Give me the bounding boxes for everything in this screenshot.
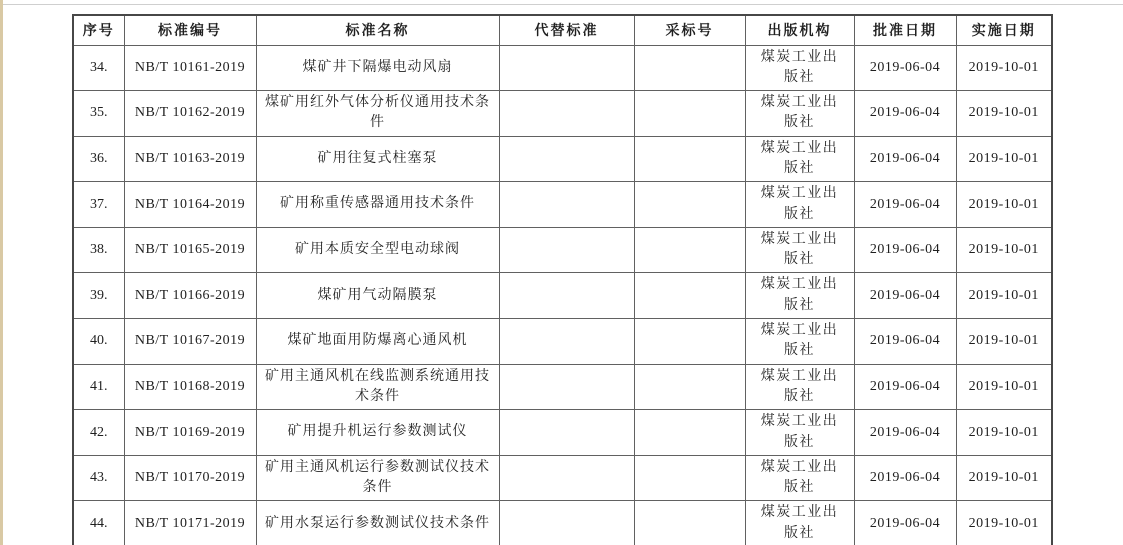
implementation-date-cell: 2019-10-01: [956, 455, 1052, 501]
standard-name-cell: 矿用提升机运行参数测试仪: [256, 410, 499, 456]
standard-name-cell: 矿用往复式柱塞泵: [256, 136, 499, 182]
column-header-replaced: 代替标准: [499, 15, 634, 45]
column-header-approved: 批准日期: [854, 15, 956, 45]
approval-date-cell: 2019-06-04: [854, 136, 956, 182]
publisher-text: 煤炭工业出版社: [756, 275, 844, 316]
adopted-number-cell: [634, 501, 745, 545]
approval-date-cell: 2019-06-04: [854, 410, 956, 456]
implementation-date-cell: 2019-10-01: [956, 319, 1052, 365]
publisher-text: 煤炭工业出版社: [756, 412, 844, 453]
approval-date-cell: 2019-06-04: [854, 501, 956, 545]
column-header-seq: 序号: [73, 15, 124, 45]
publisher-cell: 煤炭工业出版社: [745, 455, 854, 501]
publisher-text: 煤炭工业出版社: [756, 321, 844, 362]
table-row: 34. NB/T 10161-2019 煤矿井下隔爆电动风扇 煤炭工业出版社 2…: [73, 45, 1052, 91]
implementation-date-cell: 2019-10-01: [956, 273, 1052, 319]
publisher-text: 煤炭工业出版社: [756, 93, 844, 134]
implementation-date-cell: 2019-10-01: [956, 501, 1052, 545]
seq-cell: 35.: [73, 91, 124, 137]
publisher-text: 煤炭工业出版社: [756, 184, 844, 225]
adopted-number-cell: [634, 410, 745, 456]
publisher-cell: 煤炭工业出版社: [745, 410, 854, 456]
publisher-text: 煤炭工业出版社: [756, 48, 844, 89]
seq-cell: 36.: [73, 136, 124, 182]
publisher-text: 煤炭工业出版社: [756, 139, 844, 180]
standard-name-cell: 煤矿地面用防爆离心通风机: [256, 319, 499, 365]
replaced-standard-cell: [499, 455, 634, 501]
table-row: 36. NB/T 10163-2019 矿用往复式柱塞泵 煤炭工业出版社 201…: [73, 136, 1052, 182]
replaced-standard-cell: [499, 319, 634, 365]
table-row: 42. NB/T 10169-2019 矿用提升机运行参数测试仪 煤炭工业出版社…: [73, 410, 1052, 456]
adopted-number-cell: [634, 45, 745, 91]
implementation-date-cell: 2019-10-01: [956, 45, 1052, 91]
column-header-implemented: 实施日期: [956, 15, 1052, 45]
seq-cell: 40.: [73, 319, 124, 365]
standards-table-body: 34. NB/T 10161-2019 煤矿井下隔爆电动风扇 煤炭工业出版社 2…: [73, 45, 1052, 545]
standard-name-cell: 矿用主通风机在线监测系统通用技术条件: [256, 364, 499, 410]
seq-cell: 42.: [73, 410, 124, 456]
standards-table-container: 序号标准编号标准名称代替标准采标号出版机构批准日期实施日期 34. NB/T 1…: [72, 14, 1053, 545]
standards-table-head: 序号标准编号标准名称代替标准采标号出版机构批准日期实施日期: [73, 15, 1052, 45]
adopted-number-cell: [634, 455, 745, 501]
adopted-number-cell: [634, 273, 745, 319]
standard-name-cell: 矿用称重传感器通用技术条件: [256, 182, 499, 228]
adopted-number-cell: [634, 227, 745, 273]
header-row: 序号标准编号标准名称代替标准采标号出版机构批准日期实施日期: [73, 15, 1052, 45]
adopted-number-cell: [634, 91, 745, 137]
standard-code-cell: NB/T 10169-2019: [124, 410, 256, 456]
seq-cell: 37.: [73, 182, 124, 228]
publisher-cell: 煤炭工业出版社: [745, 182, 854, 228]
page-edge-strip: [0, 0, 3, 545]
column-header-code: 标准编号: [124, 15, 256, 45]
implementation-date-cell: 2019-10-01: [956, 182, 1052, 228]
implementation-date-cell: 2019-10-01: [956, 364, 1052, 410]
standard-code-cell: NB/T 10163-2019: [124, 136, 256, 182]
table-row: 37. NB/T 10164-2019 矿用称重传感器通用技术条件 煤炭工业出版…: [73, 182, 1052, 228]
publisher-text: 煤炭工业出版社: [756, 458, 844, 499]
standard-code-cell: NB/T 10171-2019: [124, 501, 256, 545]
publisher-text: 煤炭工业出版社: [756, 367, 844, 408]
adopted-number-cell: [634, 364, 745, 410]
publisher-text: 煤炭工业出版社: [756, 503, 844, 544]
approval-date-cell: 2019-06-04: [854, 182, 956, 228]
publisher-cell: 煤炭工业出版社: [745, 501, 854, 545]
approval-date-cell: 2019-06-04: [854, 227, 956, 273]
seq-cell: 41.: [73, 364, 124, 410]
replaced-standard-cell: [499, 136, 634, 182]
standard-name-cell: 矿用主通风机运行参数测试仪技术条件: [256, 455, 499, 501]
seq-cell: 43.: [73, 455, 124, 501]
adopted-number-cell: [634, 319, 745, 365]
standard-code-cell: NB/T 10165-2019: [124, 227, 256, 273]
publisher-cell: 煤炭工业出版社: [745, 273, 854, 319]
column-header-adopted: 采标号: [634, 15, 745, 45]
standard-code-cell: NB/T 10164-2019: [124, 182, 256, 228]
replaced-standard-cell: [499, 364, 634, 410]
replaced-standard-cell: [499, 273, 634, 319]
seq-cell: 38.: [73, 227, 124, 273]
standards-table: 序号标准编号标准名称代替标准采标号出版机构批准日期实施日期 34. NB/T 1…: [72, 14, 1053, 545]
seq-cell: 39.: [73, 273, 124, 319]
implementation-date-cell: 2019-10-01: [956, 91, 1052, 137]
implementation-date-cell: 2019-10-01: [956, 410, 1052, 456]
publisher-cell: 煤炭工业出版社: [745, 136, 854, 182]
implementation-date-cell: 2019-10-01: [956, 136, 1052, 182]
standard-name-cell: 矿用本质安全型电动球阀: [256, 227, 499, 273]
table-row: 44. NB/T 10171-2019 矿用水泵运行参数测试仪技术条件 煤炭工业…: [73, 501, 1052, 545]
approval-date-cell: 2019-06-04: [854, 273, 956, 319]
standard-name-cell: 煤矿井下隔爆电动风扇: [256, 45, 499, 91]
approval-date-cell: 2019-06-04: [854, 455, 956, 501]
table-row: 38. NB/T 10165-2019 矿用本质安全型电动球阀 煤炭工业出版社 …: [73, 227, 1052, 273]
table-row: 40. NB/T 10167-2019 煤矿地面用防爆离心通风机 煤炭工业出版社…: [73, 319, 1052, 365]
publisher-cell: 煤炭工业出版社: [745, 91, 854, 137]
standard-name-cell: 煤矿用红外气体分析仪通用技术条件: [256, 91, 499, 137]
standard-name-cell: 矿用水泵运行参数测试仪技术条件: [256, 501, 499, 545]
column-header-name: 标准名称: [256, 15, 499, 45]
approval-date-cell: 2019-06-04: [854, 319, 956, 365]
replaced-standard-cell: [499, 91, 634, 137]
document-page: 序号标准编号标准名称代替标准采标号出版机构批准日期实施日期 34. NB/T 1…: [0, 0, 1123, 545]
publisher-cell: 煤炭工业出版社: [745, 227, 854, 273]
publisher-cell: 煤炭工业出版社: [745, 319, 854, 365]
standard-code-cell: NB/T 10162-2019: [124, 91, 256, 137]
replaced-standard-cell: [499, 501, 634, 545]
approval-date-cell: 2019-06-04: [854, 364, 956, 410]
standard-code-cell: NB/T 10168-2019: [124, 364, 256, 410]
standard-name-cell: 煤矿用气动隔膜泵: [256, 273, 499, 319]
replaced-standard-cell: [499, 227, 634, 273]
seq-cell: 34.: [73, 45, 124, 91]
approval-date-cell: 2019-06-04: [854, 91, 956, 137]
replaced-standard-cell: [499, 410, 634, 456]
standard-code-cell: NB/T 10167-2019: [124, 319, 256, 365]
top-divider-line: [3, 4, 1123, 5]
approval-date-cell: 2019-06-04: [854, 45, 956, 91]
table-row: 43. NB/T 10170-2019 矿用主通风机运行参数测试仪技术条件 煤炭…: [73, 455, 1052, 501]
standard-code-cell: NB/T 10170-2019: [124, 455, 256, 501]
publisher-cell: 煤炭工业出版社: [745, 364, 854, 410]
publisher-cell: 煤炭工业出版社: [745, 45, 854, 91]
table-row: 41. NB/T 10168-2019 矿用主通风机在线监测系统通用技术条件 煤…: [73, 364, 1052, 410]
adopted-number-cell: [634, 182, 745, 228]
standard-code-cell: NB/T 10161-2019: [124, 45, 256, 91]
replaced-standard-cell: [499, 182, 634, 228]
table-row: 35. NB/T 10162-2019 煤矿用红外气体分析仪通用技术条件 煤炭工…: [73, 91, 1052, 137]
seq-cell: 44.: [73, 501, 124, 545]
standard-code-cell: NB/T 10166-2019: [124, 273, 256, 319]
publisher-text: 煤炭工业出版社: [756, 230, 844, 271]
column-header-publisher: 出版机构: [745, 15, 854, 45]
implementation-date-cell: 2019-10-01: [956, 227, 1052, 273]
adopted-number-cell: [634, 136, 745, 182]
replaced-standard-cell: [499, 45, 634, 91]
table-row: 39. NB/T 10166-2019 煤矿用气动隔膜泵 煤炭工业出版社 201…: [73, 273, 1052, 319]
